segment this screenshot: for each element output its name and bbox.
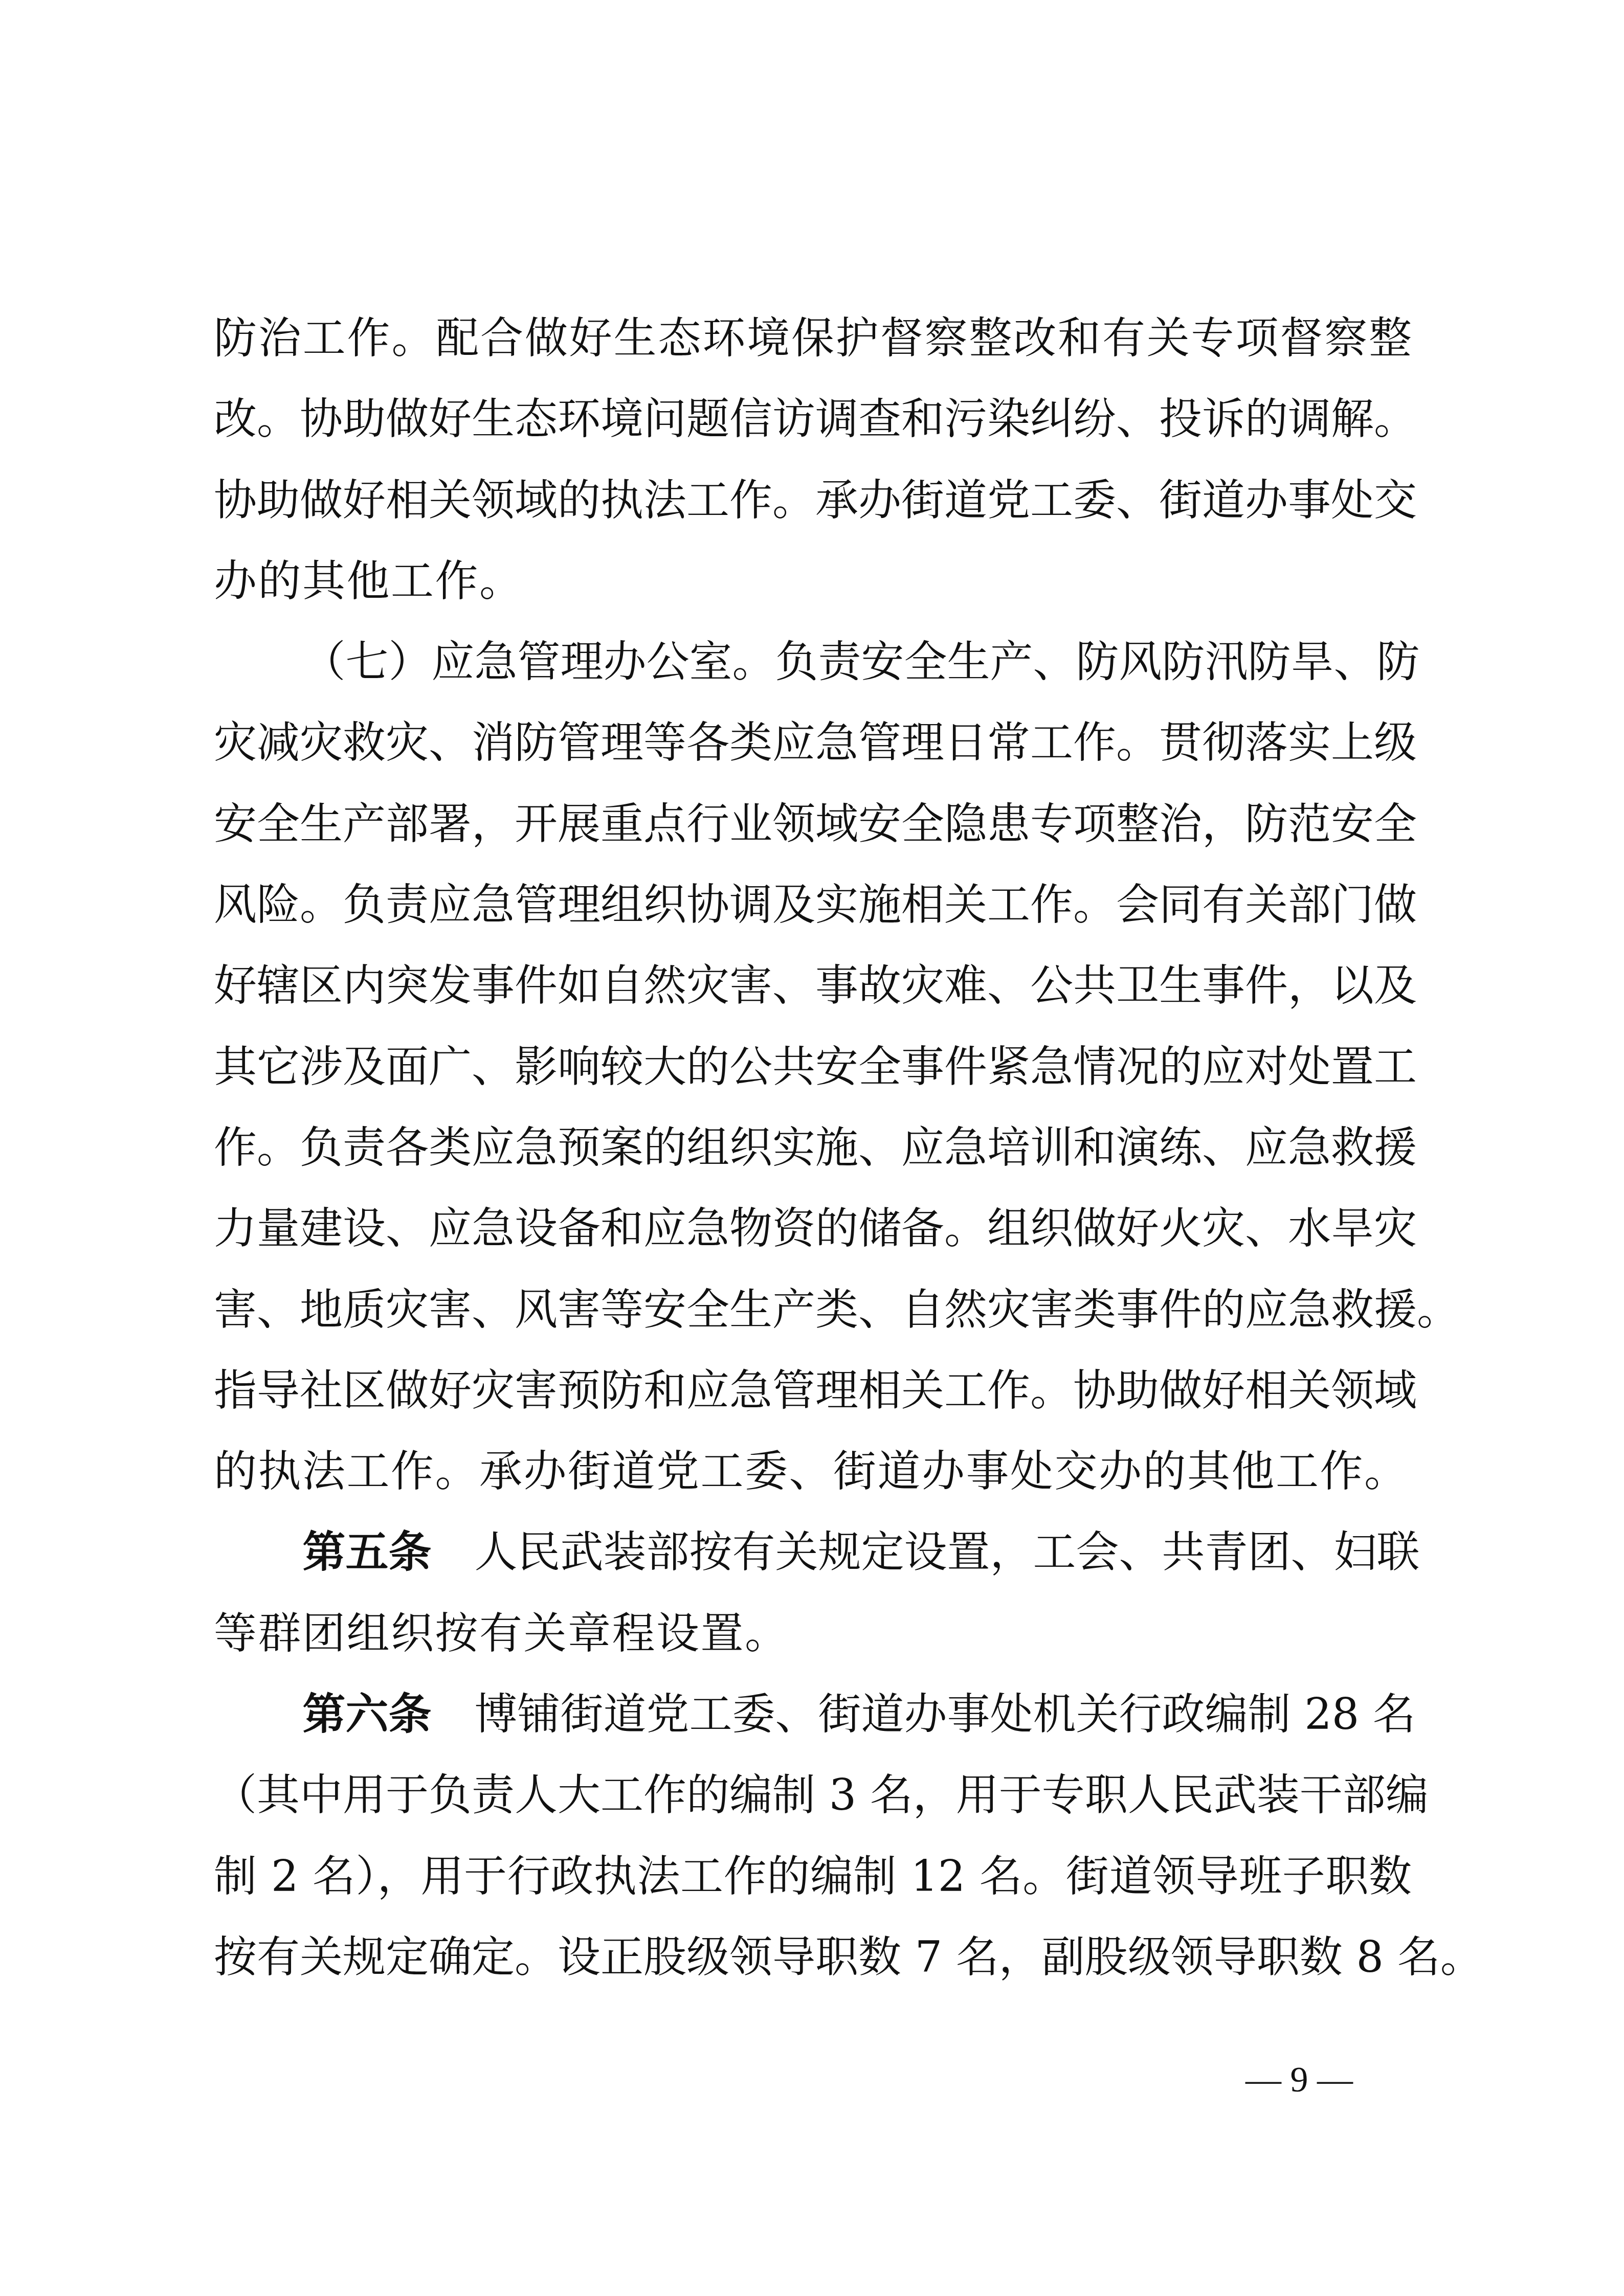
line-text: 改。协助做好生态环境问题信访调查和污染纠纷、投诉的调解。 [214,394,1417,444]
text-line: 按有关规定确定。设正股级领导职数 7 名，副股级领导职数 8 名。 [214,1917,1412,1997]
line-text: 防治工作。配合做好生态环境保护督察整改和有关专项督察整 [214,313,1412,363]
line-text: 指导社区做好灾害预防和应急管理相关工作。协助做好相关领域 [214,1365,1417,1415]
article-line: 第六条 博铺街道党工委、街道办事处机关行政编制 28 名 [214,1674,1412,1754]
text-line: 其它涉及面广、影响较大的公共安全事件紧急情况的应对处置工 [214,1026,1412,1107]
text-line: 作。负责各类应急预案的组织实施、应急培训和演练、应急救援 [214,1107,1412,1188]
line-text: 博铺街道党工委、街道办事处机关行政编制 28 名 [432,1689,1416,1739]
line-text: 力量建设、应急设备和应急物资的储备。组织做好火灾、水旱灾 [214,1203,1417,1253]
text-line: 的执法工作。承办街道党工委、街道办事处交办的其他工作。 [214,1431,1412,1512]
article-line: 第五条 人民武装部按有关规定设置，工会、共青团、妇联 [214,1512,1412,1592]
line-text: 按有关规定确定。设正股级领导职数 7 名，副股级领导职数 8 名。 [214,1932,1483,1982]
text-line: 办的其他工作。 [214,541,1412,621]
line-text: 制 2 名），用于行政执法工作的编制 12 名。街道领导班子职数 [214,1851,1412,1901]
line-text: （其中用于负责人大工作的编制 3 名，用于专职人民武装干部编 [214,1770,1429,1820]
line-text: 风险。负责应急管理组织协调及实施相关工作。会同有关部门做 [214,880,1417,930]
text-line: 安全生产部署，开展重点行业领域安全隐患专项整治，防范安全 [214,783,1412,864]
text-line: 指导社区做好灾害预防和应急管理相关工作。协助做好相关领域 [214,1350,1412,1431]
text-line: 改。协助做好生态环境问题信访调查和污染纠纷、投诉的调解。 [214,378,1412,459]
section-heading: （七）应急管理办公室。 [303,637,775,687]
document-page: 防治工作。配合做好生态环境保护督察整改和有关专项督察整 改。协助做好生态环境问题… [0,0,1624,2296]
text-line: 等群团组织按有关章程设置。 [214,1593,1412,1674]
line-text: 害、地质灾害、风害等安全生产类、自然灾害类事件的应急救援。 [214,1285,1460,1335]
line-text: 作。负责各类应急预案的组织实施、应急培训和演练、应急救援 [214,1122,1417,1173]
article-heading: 第五条 [303,1527,432,1577]
text-line: 风险。负责应急管理组织协调及实施相关工作。会同有关部门做 [214,864,1412,945]
line-text: 负责安全生产、防风防汛防旱、防 [775,637,1420,687]
line-text: 的执法工作。承办街道党工委、街道办事处交办的其他工作。 [214,1446,1409,1496]
text-line: 制 2 名），用于行政执法工作的编制 12 名。街道领导班子职数 [214,1836,1412,1917]
line-text: 灾减灾救灾、消防管理等各类应急管理日常工作。贯彻落实上级 [214,717,1417,768]
article-heading: 第六条 [303,1689,432,1739]
line-text: 协助做好相关领域的执法工作。承办街道党工委、街道办事处交 [214,475,1417,525]
line-text: 办的其他工作。 [214,556,524,606]
text-line: 力量建设、应急设备和应急物资的储备。组织做好火灾、水旱灾 [214,1188,1412,1269]
page-number: — 9 — [1217,2056,1381,2105]
text-line: 协助做好相关领域的执法工作。承办街道党工委、街道办事处交 [214,460,1412,541]
line-text: 安全生产部署，开展重点行业领域安全隐患专项整治，防范安全 [214,799,1417,849]
body-text: 防治工作。配合做好生态环境保护督察整改和有关专项督察整 改。协助做好生态环境问题… [214,298,1412,1997]
line-text: 等群团组织按有关章程设置。 [214,1608,789,1658]
text-line: 灾减灾救灾、消防管理等各类应急管理日常工作。贯彻落实上级 [214,702,1412,783]
text-line: 害、地质灾害、风害等安全生产类、自然灾害类事件的应急救援。 [214,1269,1412,1350]
text-line: 防治工作。配合做好生态环境保护督察整改和有关专项督察整 [214,298,1412,378]
section-heading-line: （七）应急管理办公室。负责安全生产、防风防汛防旱、防 [214,621,1412,702]
line-text: 好辖区内突发事件如自然灾害、事故灾难、公共卫生事件，以及 [214,960,1417,1010]
line-text: 其它涉及面广、影响较大的公共安全事件紧急情况的应对处置工 [214,1042,1417,1092]
text-line: 好辖区内突发事件如自然灾害、事故灾难、公共卫生事件，以及 [214,945,1412,1026]
line-text: 人民武装部按有关规定设置，工会、共青团、妇联 [432,1527,1420,1577]
text-line: （其中用于负责人大工作的编制 3 名，用于专职人民武装干部编 [214,1754,1412,1835]
